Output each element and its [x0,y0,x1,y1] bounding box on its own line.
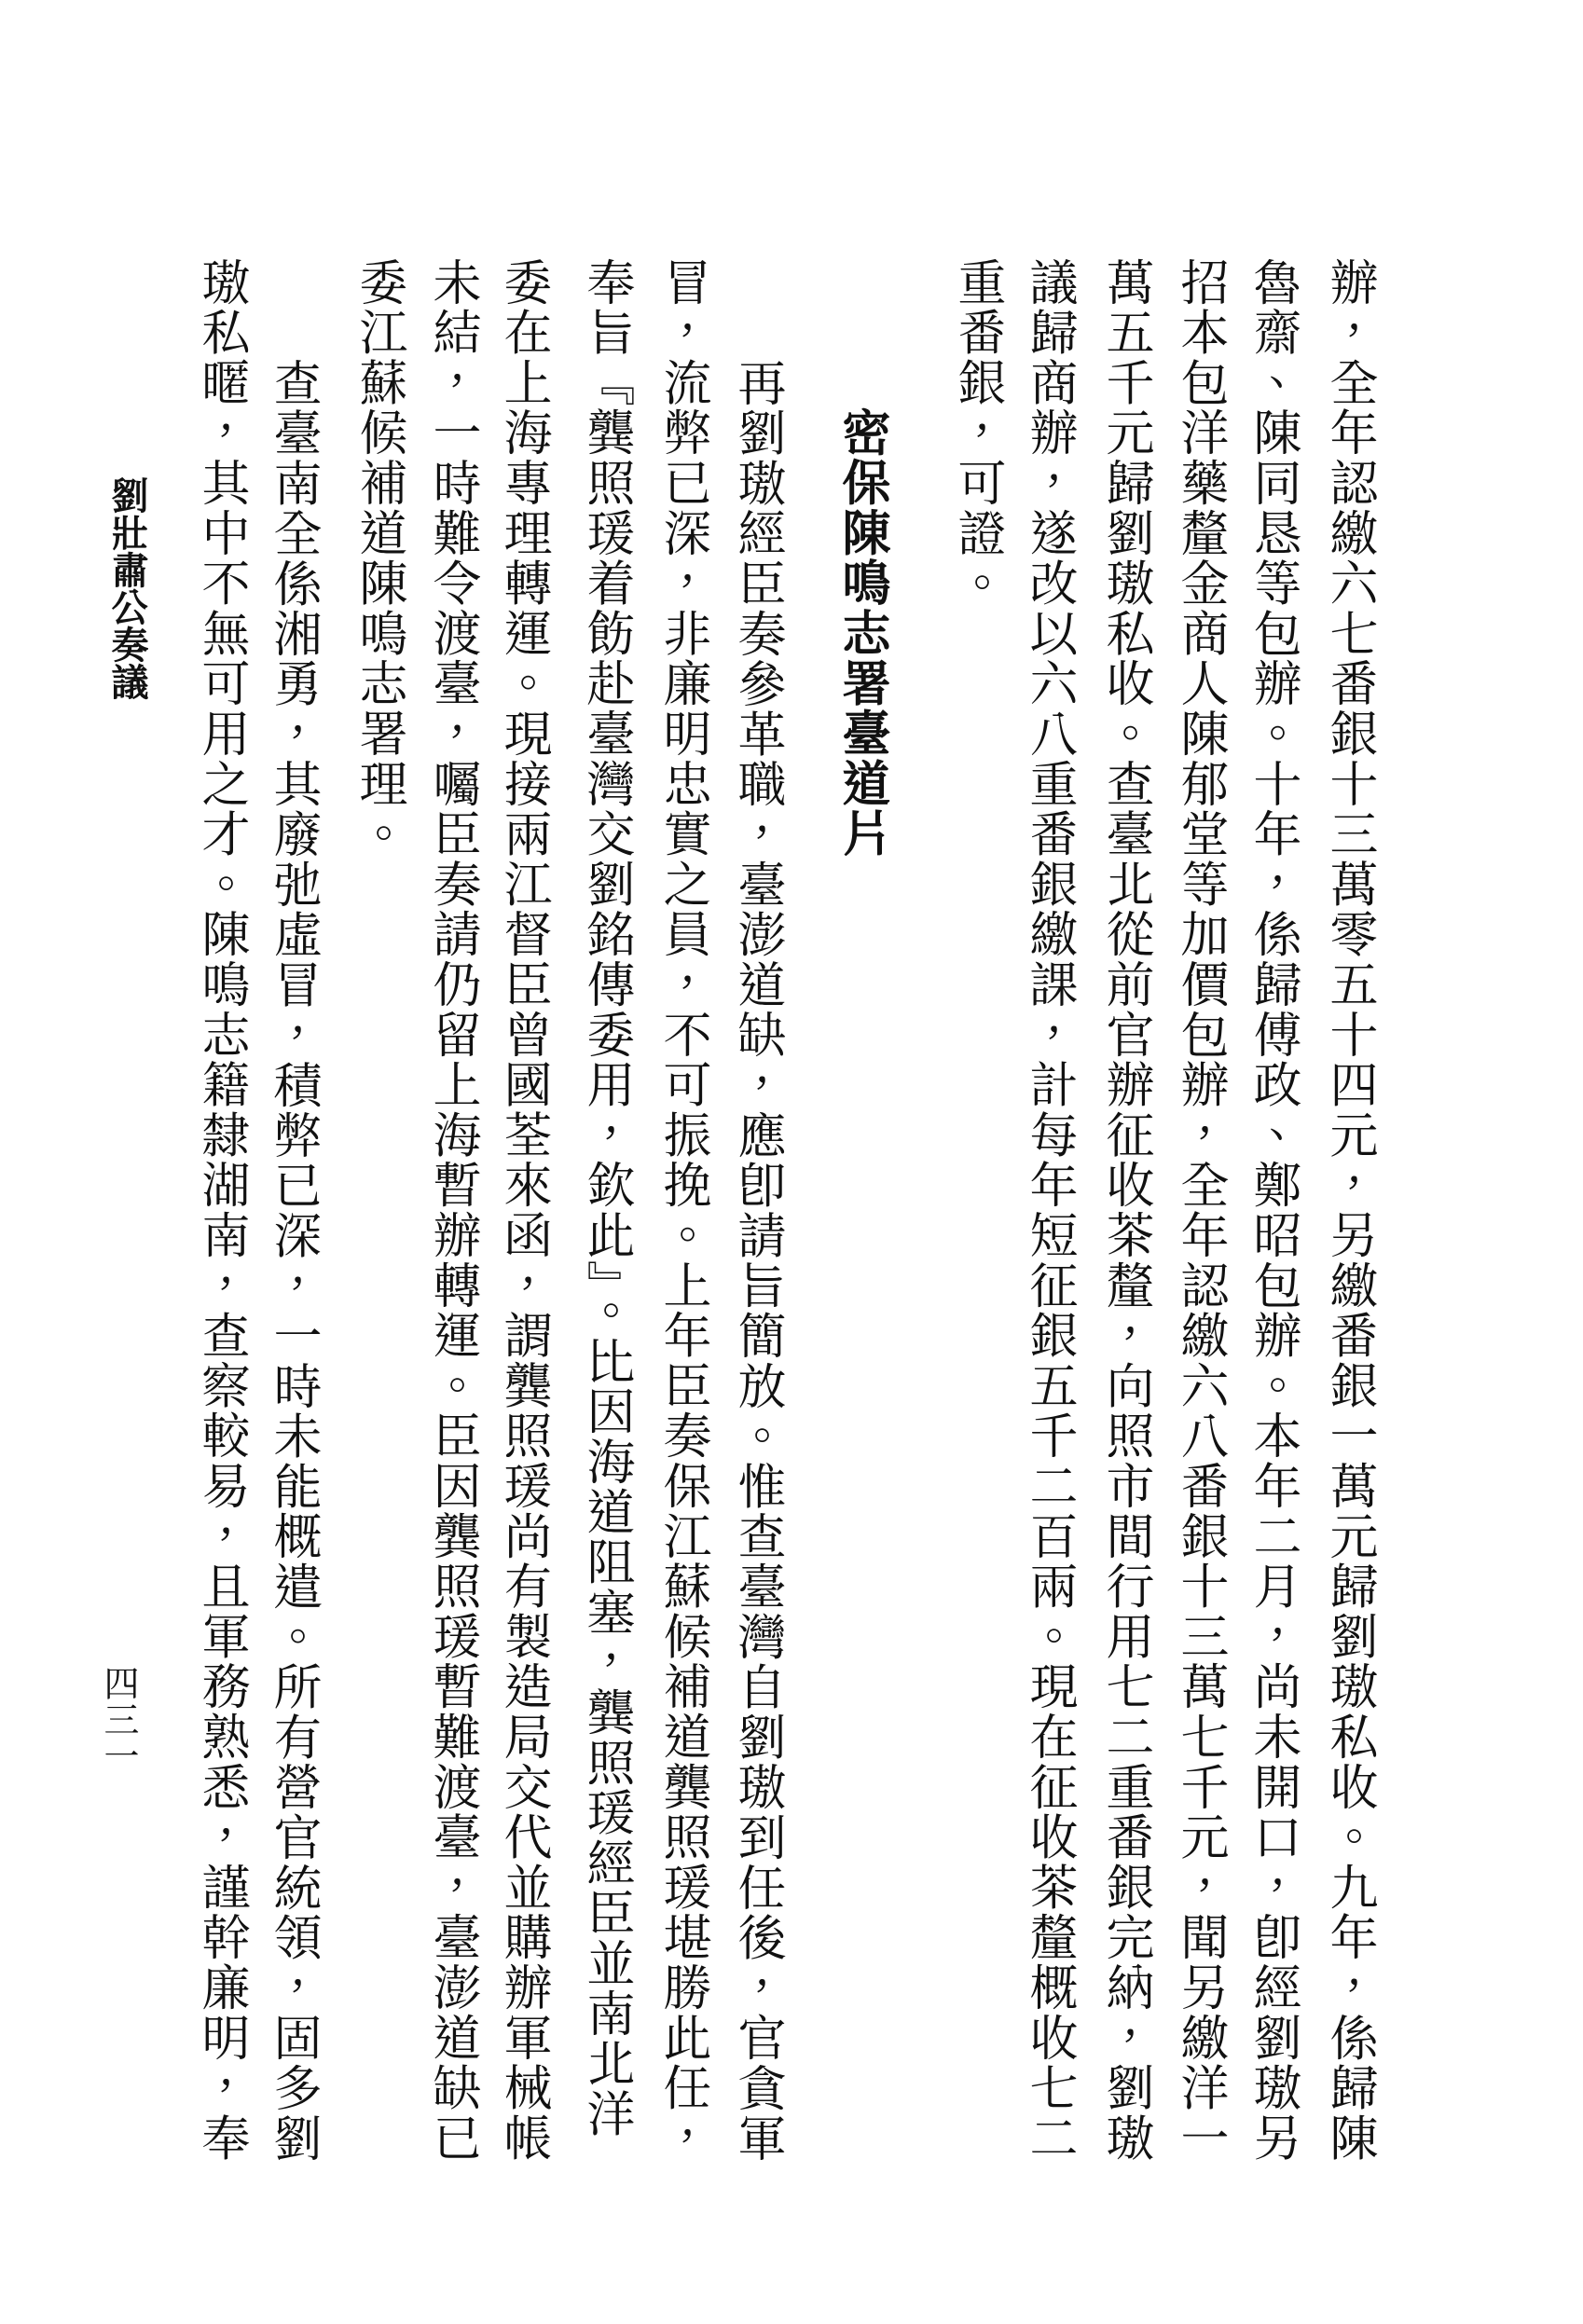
text-column-preceding-2: 魯齋、陳同恳等包辦。十年，係歸傅政、鄭昭包辦。本年二月，尚未開口，卽經劉璈另 [1247,257,1297,2163]
text-column-preceding-6: 重番銀，可證。 [952,257,1001,609]
text-column-memorial-7: 查臺南全係湘勇，其廢弛虛冒，積弊已深，一時未能概遣。所有營官統領，固多劉 [268,358,317,2164]
text-column-memorial-5: 未結，一時難令渡臺，囑臣奏請仍留上海暫辦轉運。臣因龔照瑗暫難渡臺，臺澎道缺已 [427,257,476,2163]
text-column-preceding-1: 辦，全年認繳六七番銀十三萬零五十四元，另繳番銀一萬元歸劉璈私收。九年，係歸陳 [1324,257,1373,2163]
text-column-preceding-5: 議歸商辦，遂改以六八重番銀繳課，計每年短征銀五千二百兩。現在征收茶釐概收七二 [1024,257,1073,2163]
text-column-memorial-1: 再劉璈經臣奏參革職，臺澎道缺，應卽請旨簡放。惟查臺灣自劉璈到任後，官貪軍 [732,358,781,2164]
memorial-title: 密保陳鳴志署臺道片 [837,407,887,859]
text-column-memorial-2: 冒，流弊已深，非廉明忠實之員，不可振挽。上年臣奏保江蘇候補道龔照瑗堪勝此任， [657,257,707,2163]
text-column-memorial-4: 委在上海專理轉運。現接兩江督臣曾國荃來函，謂龔照瑗尚有製造局交代並購辦軍械帳 [498,257,547,2163]
text-column-memorial-6: 委江蘇候補道陳鳴志署理。 [353,257,403,859]
book-page: 辦，全年認繳六七番銀十三萬零五十四元，另繳番銀一萬元歸劉璈私收。九年，係歸陳 魯… [0,0,1583,2324]
text-column-preceding-4: 萬五千元歸劉璈私收。查臺北從前官辦征收茶釐，向照市間行用七二重番銀完納，劉璈 [1100,257,1149,2163]
running-header: 劉壯肅公奏議 [107,476,146,700]
text-column-memorial-8: 璈私暱，其中不無可用之才。陳鳴志籍隸湖南，查察較易，且軍務熟悉，謹幹廉明，奉 [196,257,245,2163]
page-number: 四三一 [100,1665,137,1774]
text-column-memorial-3: 奉旨『龔照瑗着飭赴臺灣交劉銘傳委用，欽此』。比因海道阻塞，龔照瑗經臣並南北洋 [581,257,630,2138]
text-column-preceding-3: 招本包洋藥釐金商人陳郁堂等加價包辦，全年認繳六八番銀十三萬七千元，聞另繳洋一 [1175,257,1224,2163]
